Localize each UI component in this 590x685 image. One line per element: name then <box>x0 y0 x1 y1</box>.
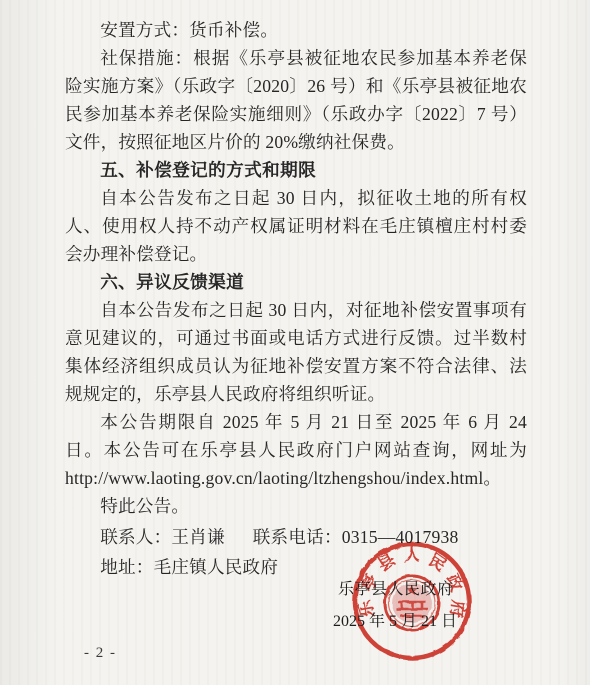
paragraph-closing: 特此公告。 <box>65 492 527 520</box>
address-label: 地址： <box>100 557 153 577</box>
government-seal: ★ 乐 亭 县 人 民 政 府 <box>350 539 474 663</box>
paragraph-placement-method: 安置方式：货币补偿。 <box>65 16 527 44</box>
document-content: 安置方式：货币补偿。 社保措施：根据《乐亭县被征地农民参加基本养老保险实施方案》… <box>65 16 527 581</box>
contact-person-label: 联系人： <box>100 527 171 547</box>
section-heading-6: 六、异议反馈渠道 <box>65 268 527 296</box>
svg-text:人: 人 <box>404 546 421 565</box>
address-value: 毛庄镇人民政府 <box>154 557 279 577</box>
paragraph-registration: 自本公告发布之日起 30 日内，拟征收土地的所有权人、使用权人持不动产权属证明材… <box>65 184 527 268</box>
paragraph-social-security: 社保措施：根据《乐亭县被征地农民参加基本养老保险实施方案》（乐政字〔2020〕2… <box>65 44 527 156</box>
signature-issuer: 乐亭县人民政府 <box>338 576 454 599</box>
section-heading-5: 五、补偿登记的方式和期限 <box>65 156 527 184</box>
contact-phone-label: 联系电话： <box>253 527 342 547</box>
page-number: - 2 - <box>84 645 117 662</box>
signature-date: 2025 年 5 月 21 日 <box>333 608 457 631</box>
contact-person-name: 王肖谦 <box>171 527 224 547</box>
paragraph-validity-period: 本公告期限自 2025 年 5 月 21 日至 2025 年 6 月 24 日。… <box>65 408 527 492</box>
paragraph-feedback: 自本公告发布之日起 30 日内，对征地补偿安置事项有意见建议的，可通过书面或电话… <box>65 296 527 408</box>
scanned-announcement-page: 安置方式：货币补偿。 社保措施：根据《乐亭县被征地农民参加基本养老保险实施方案》… <box>0 0 590 685</box>
